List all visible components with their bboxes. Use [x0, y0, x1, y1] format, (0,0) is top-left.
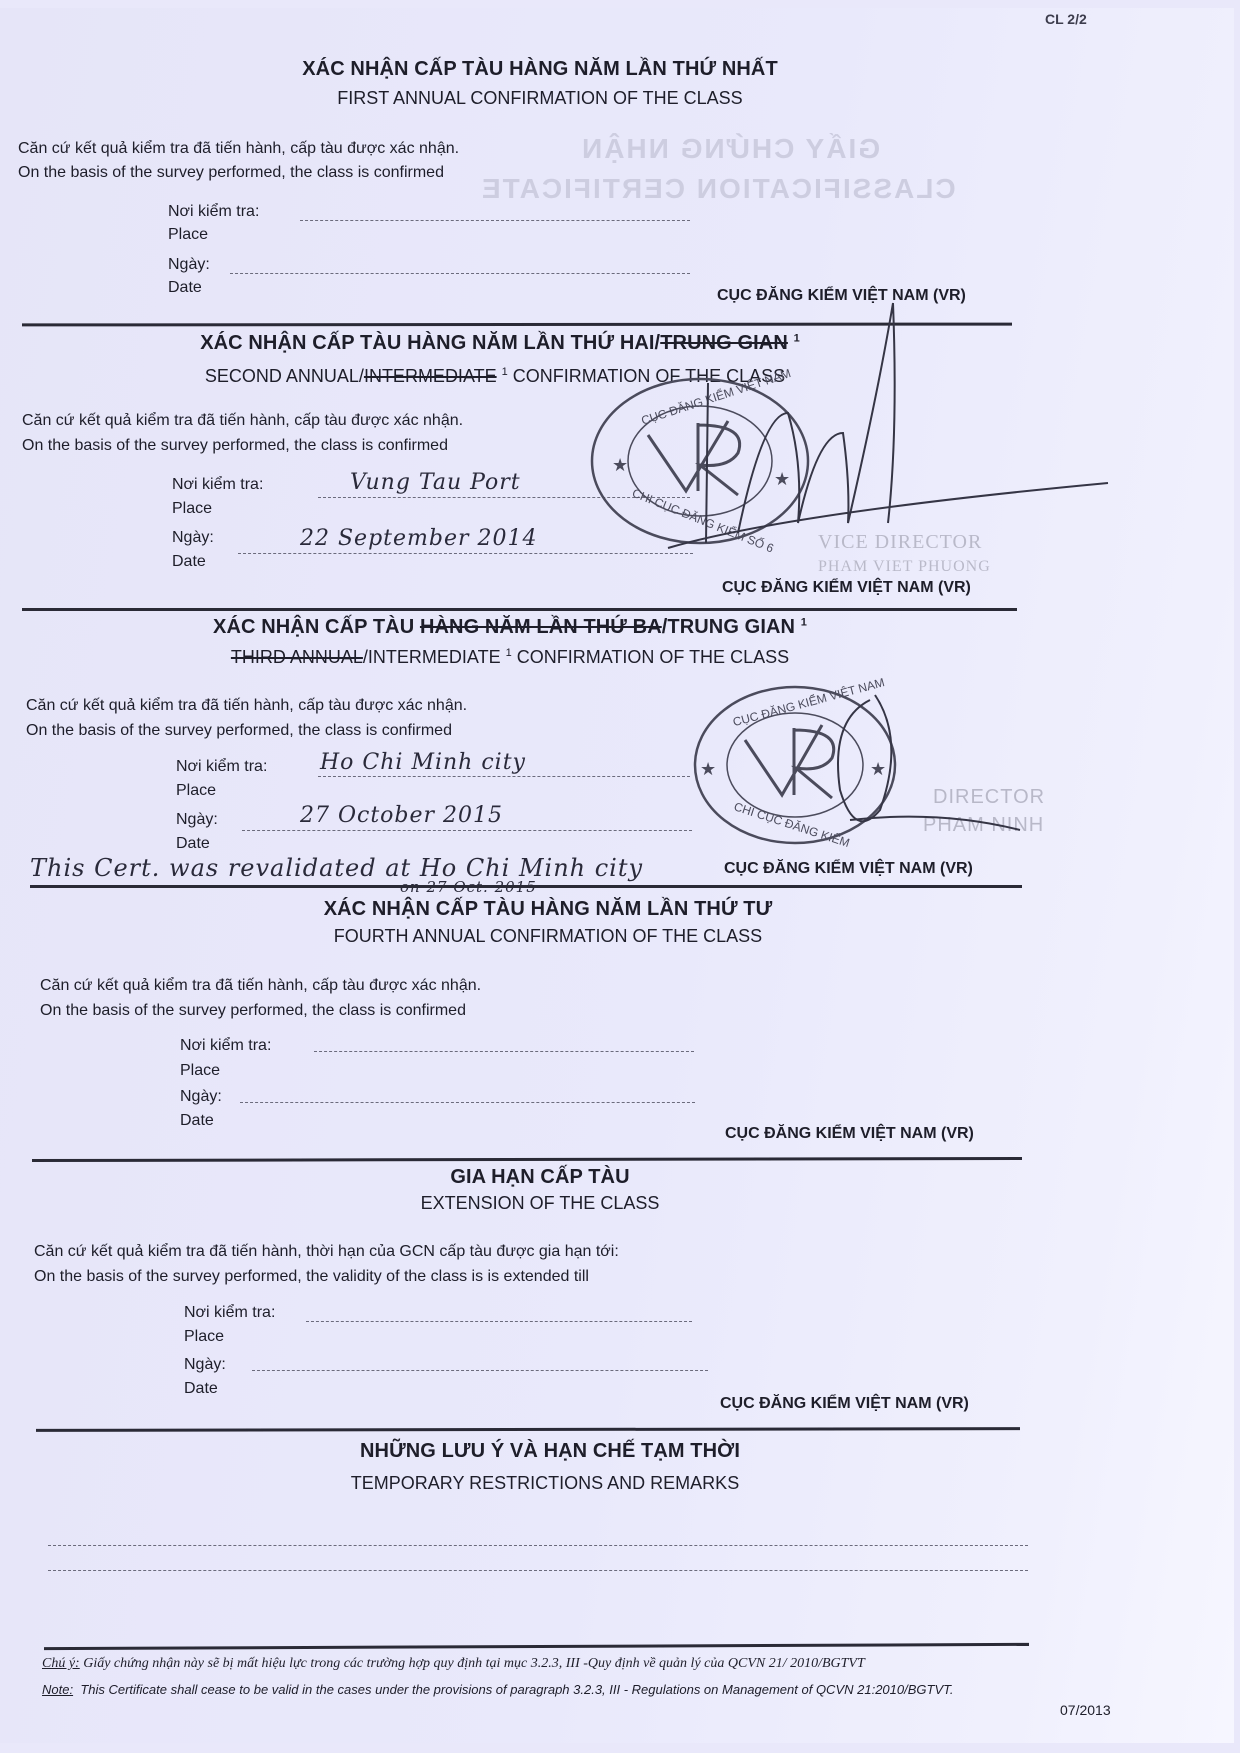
footnote-mark: 1	[801, 616, 807, 628]
signatory-name: PHAM VIET PHUONG	[818, 558, 991, 576]
date-label-en: Date	[176, 831, 210, 856]
place-label-vn: Nơi kiểm tra:	[168, 199, 259, 224]
svg-text:CỤC ĐĂNG KIỂM VIỆT NAM: CỤC ĐĂNG KIỂM VIỆT NAM	[731, 674, 886, 729]
date-label-en: Date	[180, 1108, 214, 1133]
note-vn-label: Chú ý:	[42, 1656, 80, 1671]
place-label-vn: Nơi kiểm tra:	[184, 1300, 275, 1325]
basis-vn: Căn cứ kết quả kiểm tra đã tiến hành, cấ…	[22, 408, 463, 433]
bleed-through-title: GIẤY CHỨNG NHẬN	[580, 133, 880, 165]
svg-text:CỤC ĐĂNG KIỂM VIỆT NAM: CỤC ĐĂNG KIỂM VIỆT NAM	[639, 365, 792, 428]
date-label-en: Date	[172, 549, 206, 574]
section-title-en: FIRST ANNUAL CONFIRMATION OF THE CLASS	[140, 88, 940, 109]
place-field[interactable]	[306, 1321, 692, 1322]
section-title-vn: GIA HẠN CẤP TÀU	[140, 1166, 940, 1189]
struck-text: THIRD ANNUAL	[231, 647, 363, 667]
date-field[interactable]	[242, 830, 692, 831]
date-label-vn: Ngày:	[168, 252, 210, 277]
place-label-en: Place	[180, 1058, 220, 1083]
remarks-line[interactable]	[48, 1570, 1028, 1571]
section-title-en: EXTENSION OF THE CLASS	[140, 1193, 940, 1214]
stamp-seal-icon: ★ ★ CỤC ĐĂNG KIỂM VIỆT NAM CHI CỤC ĐĂNG …	[588, 373, 813, 548]
struck-text: INTERMEDIATE	[364, 366, 497, 386]
official-stamp: ★ ★ CỤC ĐĂNG KIỂM VIỆT NAM CHI CỤC ĐĂNG …	[588, 373, 813, 548]
authority-label: CỤC ĐĂNG KIỂM VIỆT NAM (VR)	[717, 287, 966, 305]
date-field[interactable]	[252, 1370, 708, 1371]
struck-text: HÀNG NĂM LẦN THỨ BA	[420, 616, 662, 638]
place-handwritten-value: Ho Chi Minh city	[320, 750, 526, 775]
date-handwritten-value: 27 October 2015	[300, 803, 503, 828]
bleed-through-subtitle: CLASSIFICATION CERTIFICATE	[480, 173, 956, 205]
date-label-en: Date	[184, 1376, 218, 1401]
date-field[interactable]	[240, 1102, 695, 1103]
signatory-title: DIRECTOR	[933, 786, 1045, 809]
place-field[interactable]	[300, 220, 690, 221]
basis-vn: Căn cứ kết quả kiểm tra đã tiến hành, cấ…	[40, 973, 481, 998]
place-field[interactable]	[318, 776, 690, 777]
section-divider	[22, 323, 1012, 327]
certificate-page: GIẤY CHỨNG NHẬN CLASSIFICATION CERTIFICA…	[0, 8, 1234, 1743]
handwritten-revalidation-note: This Cert. was revalidated at Ho Chi Min…	[30, 854, 643, 882]
section-title-en: FOURTH ANNUAL CONFIRMATION OF THE CLASS	[148, 926, 948, 947]
note-en-label: Note:	[42, 1682, 73, 1697]
section-title-vn: XÁC NHẬN CẤP TÀU HÀNG NĂM LẦN THỨ HAI/TR…	[100, 332, 900, 355]
section-divider	[44, 1643, 1029, 1650]
svg-text:CHI CỤC ĐĂNG KIỂM SỐ 6: CHI CỤC ĐĂNG KIỂM SỐ 6	[630, 485, 776, 556]
basis-vn: Căn cứ kết quả kiểm tra đã tiến hành, cấ…	[18, 136, 459, 161]
svg-text:★: ★	[774, 469, 790, 489]
stamp-seal-icon: ★ ★ CỤC ĐĂNG KIỂM VIỆT NAM CHI CỤC ĐĂNG …	[690, 680, 915, 855]
note-vn: Chú ý: Giấy chứng nhận này sẽ bị mất hiệ…	[42, 1656, 865, 1672]
basis-en: On the basis of the survey performed, th…	[26, 718, 452, 743]
section-title-vn: XÁC NHẬN CẤP TÀU HÀNG NĂM LẦN THỨ NHẤT	[140, 58, 940, 81]
basis-en: On the basis of the survey performed, th…	[22, 433, 448, 458]
date-field[interactable]	[230, 273, 690, 274]
date-field[interactable]	[238, 553, 693, 554]
struck-text: TRUNG GIAN	[660, 332, 788, 354]
authority-label: CỤC ĐĂNG KIỂM VIỆT NAM (VR)	[720, 1395, 969, 1413]
section-divider	[22, 608, 1017, 611]
section-divider	[32, 1157, 1022, 1162]
signatory-title: VICE DIRECTOR	[818, 531, 982, 554]
date-label-vn: Ngày:	[180, 1084, 222, 1109]
date-label-vn: Ngày:	[176, 807, 218, 832]
section-title-vn: XÁC NHẬN CẤP TÀU HÀNG NĂM LẦN THỨ TƯ	[148, 898, 948, 921]
official-stamp: ★ ★ CỤC ĐĂNG KIỂM VIỆT NAM CHI CỤC ĐĂNG …	[690, 680, 915, 855]
authority-label: CỤC ĐĂNG KIỂM VIỆT NAM (VR)	[725, 1125, 974, 1143]
place-label-en: Place	[168, 222, 208, 247]
basis-en: On the basis of the survey performed, th…	[18, 160, 444, 185]
authority-label: CỤC ĐĂNG KIỂM VIỆT NAM (VR)	[724, 860, 973, 878]
place-label-en: Place	[184, 1324, 224, 1349]
date-label-en: Date	[168, 275, 202, 300]
basis-vn: Căn cứ kết quả kiểm tra đã tiến hành, cấ…	[26, 693, 467, 718]
svg-text:★: ★	[700, 759, 716, 779]
note-en: Note: This Certificate shall cease to be…	[42, 1682, 953, 1697]
place-label-en: Place	[176, 778, 216, 803]
place-label-en: Place	[172, 496, 212, 521]
form-revision: 07/2013	[1060, 1702, 1111, 1718]
place-label-vn: Nơi kiểm tra:	[180, 1033, 271, 1058]
remarks-line[interactable]	[48, 1545, 1028, 1546]
date-handwritten-value: 22 September 2014	[300, 526, 537, 551]
svg-text:★: ★	[612, 455, 628, 475]
place-handwritten-value: Vung Tau Port	[350, 470, 521, 495]
place-label-vn: Nơi kiểm tra:	[176, 754, 267, 779]
date-label-vn: Ngày:	[172, 525, 214, 550]
basis-en: On the basis of the survey performed, th…	[40, 998, 466, 1023]
basis-en: On the basis of the survey performed, th…	[34, 1264, 589, 1289]
section-divider	[30, 885, 1022, 888]
footnote-mark: 1	[794, 332, 800, 344]
document-code: CL 2/2	[1045, 11, 1087, 27]
basis-vn: Căn cứ kết quả kiểm tra đã tiến hành, th…	[34, 1239, 619, 1264]
place-label-vn: Nơi kiểm tra:	[172, 472, 263, 497]
section-title-vn: NHỮNG LƯU Ý VÀ HẠN CHẾ TẠM THỜI	[150, 1440, 950, 1463]
date-label-vn: Ngày:	[184, 1352, 226, 1377]
section-title-vn: XÁC NHẬN CẤP TÀU HÀNG NĂM LẦN THỨ BA/TRU…	[110, 616, 910, 639]
place-field[interactable]	[314, 1051, 694, 1052]
section-divider	[36, 1427, 1020, 1432]
section-title-en: THIRD ANNUAL/INTERMEDIATE 1 CONFIRMATION…	[110, 647, 910, 668]
svg-text:★: ★	[870, 759, 886, 779]
authority-label: CỤC ĐĂNG KIỂM VIỆT NAM (VR)	[722, 579, 971, 597]
section-title-en: TEMPORARY RESTRICTIONS AND REMARKS	[145, 1473, 945, 1494]
